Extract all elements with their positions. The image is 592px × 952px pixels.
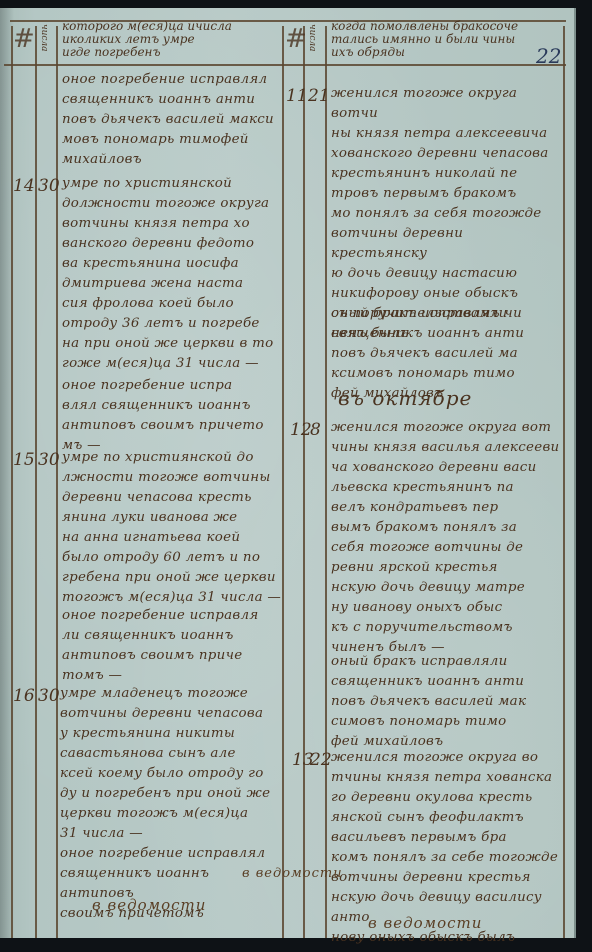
rule-center (282, 26, 284, 938)
left-entry-3-text: умре по християнской до лжности тогоже в… (62, 448, 282, 608)
rule-right-edge (563, 26, 565, 938)
rule-right-day (325, 26, 327, 938)
right-header-day-label: числа (307, 24, 317, 52)
left-entry-3-day: 30 (38, 450, 60, 470)
left-entry-1-day: 30 (38, 176, 60, 196)
left-entry-4-officiant: оное погребение исправля ли священникъ и… (62, 606, 282, 686)
right-header-description: когда помолвлены бракосоче тались имянно… (331, 20, 561, 59)
right-entry-0-day: 21 (308, 86, 330, 106)
left-entry-2-officiant: оное погребение испра влял священникъ ио… (62, 376, 282, 456)
header-bottom-rule-left (4, 64, 282, 66)
right-entry-3-text: женился тогоже округа вот чины князя вас… (331, 418, 563, 658)
right-entry-0-number: 11 (286, 86, 308, 106)
left-entry-0-officiant: оное погребение исправлял священникъ иоа… (62, 70, 282, 170)
month-heading-october: въ октябре (338, 386, 472, 410)
register-page: # числа которого м(еся)ца ичисла иколики… (0, 8, 576, 938)
center-margin-note: в ведомости (242, 866, 343, 881)
right-footnote: в ведомости (368, 914, 482, 932)
left-header-day-label: числа (39, 24, 49, 52)
left-entry-3-number: 15 (13, 450, 35, 470)
rule-left-day (35, 26, 37, 938)
left-entry-1-text: умре по християнской должности тогоже ок… (62, 174, 282, 374)
page-number: 22 (536, 44, 561, 68)
left-header-description: которого м(еся)ца ичисла иколиких летъ у… (62, 20, 280, 59)
left-header-number-symbol: # (13, 24, 35, 54)
rule-left-number (11, 26, 13, 938)
rule-right-number (303, 26, 305, 938)
right-header-number-symbol: # (285, 24, 307, 54)
left-footnote: в ведомости (92, 896, 206, 914)
left-entry-5-day: 30 (38, 686, 60, 706)
left-entry-5-number: 16 (13, 686, 35, 706)
right-entry-5-day: 22 (310, 750, 332, 770)
right-entry-3-number: 12 (290, 420, 312, 440)
rule-left-text (56, 26, 58, 938)
right-entry-3-day: 8 (310, 420, 321, 440)
right-entry-4-officiant: оный бракъ исправляли священникъ иоаннъ … (331, 652, 563, 752)
left-entry-1-number: 14 (13, 176, 35, 196)
left-entry-5-text: умре младенецъ тогоже вотчины деревни че… (60, 684, 282, 844)
